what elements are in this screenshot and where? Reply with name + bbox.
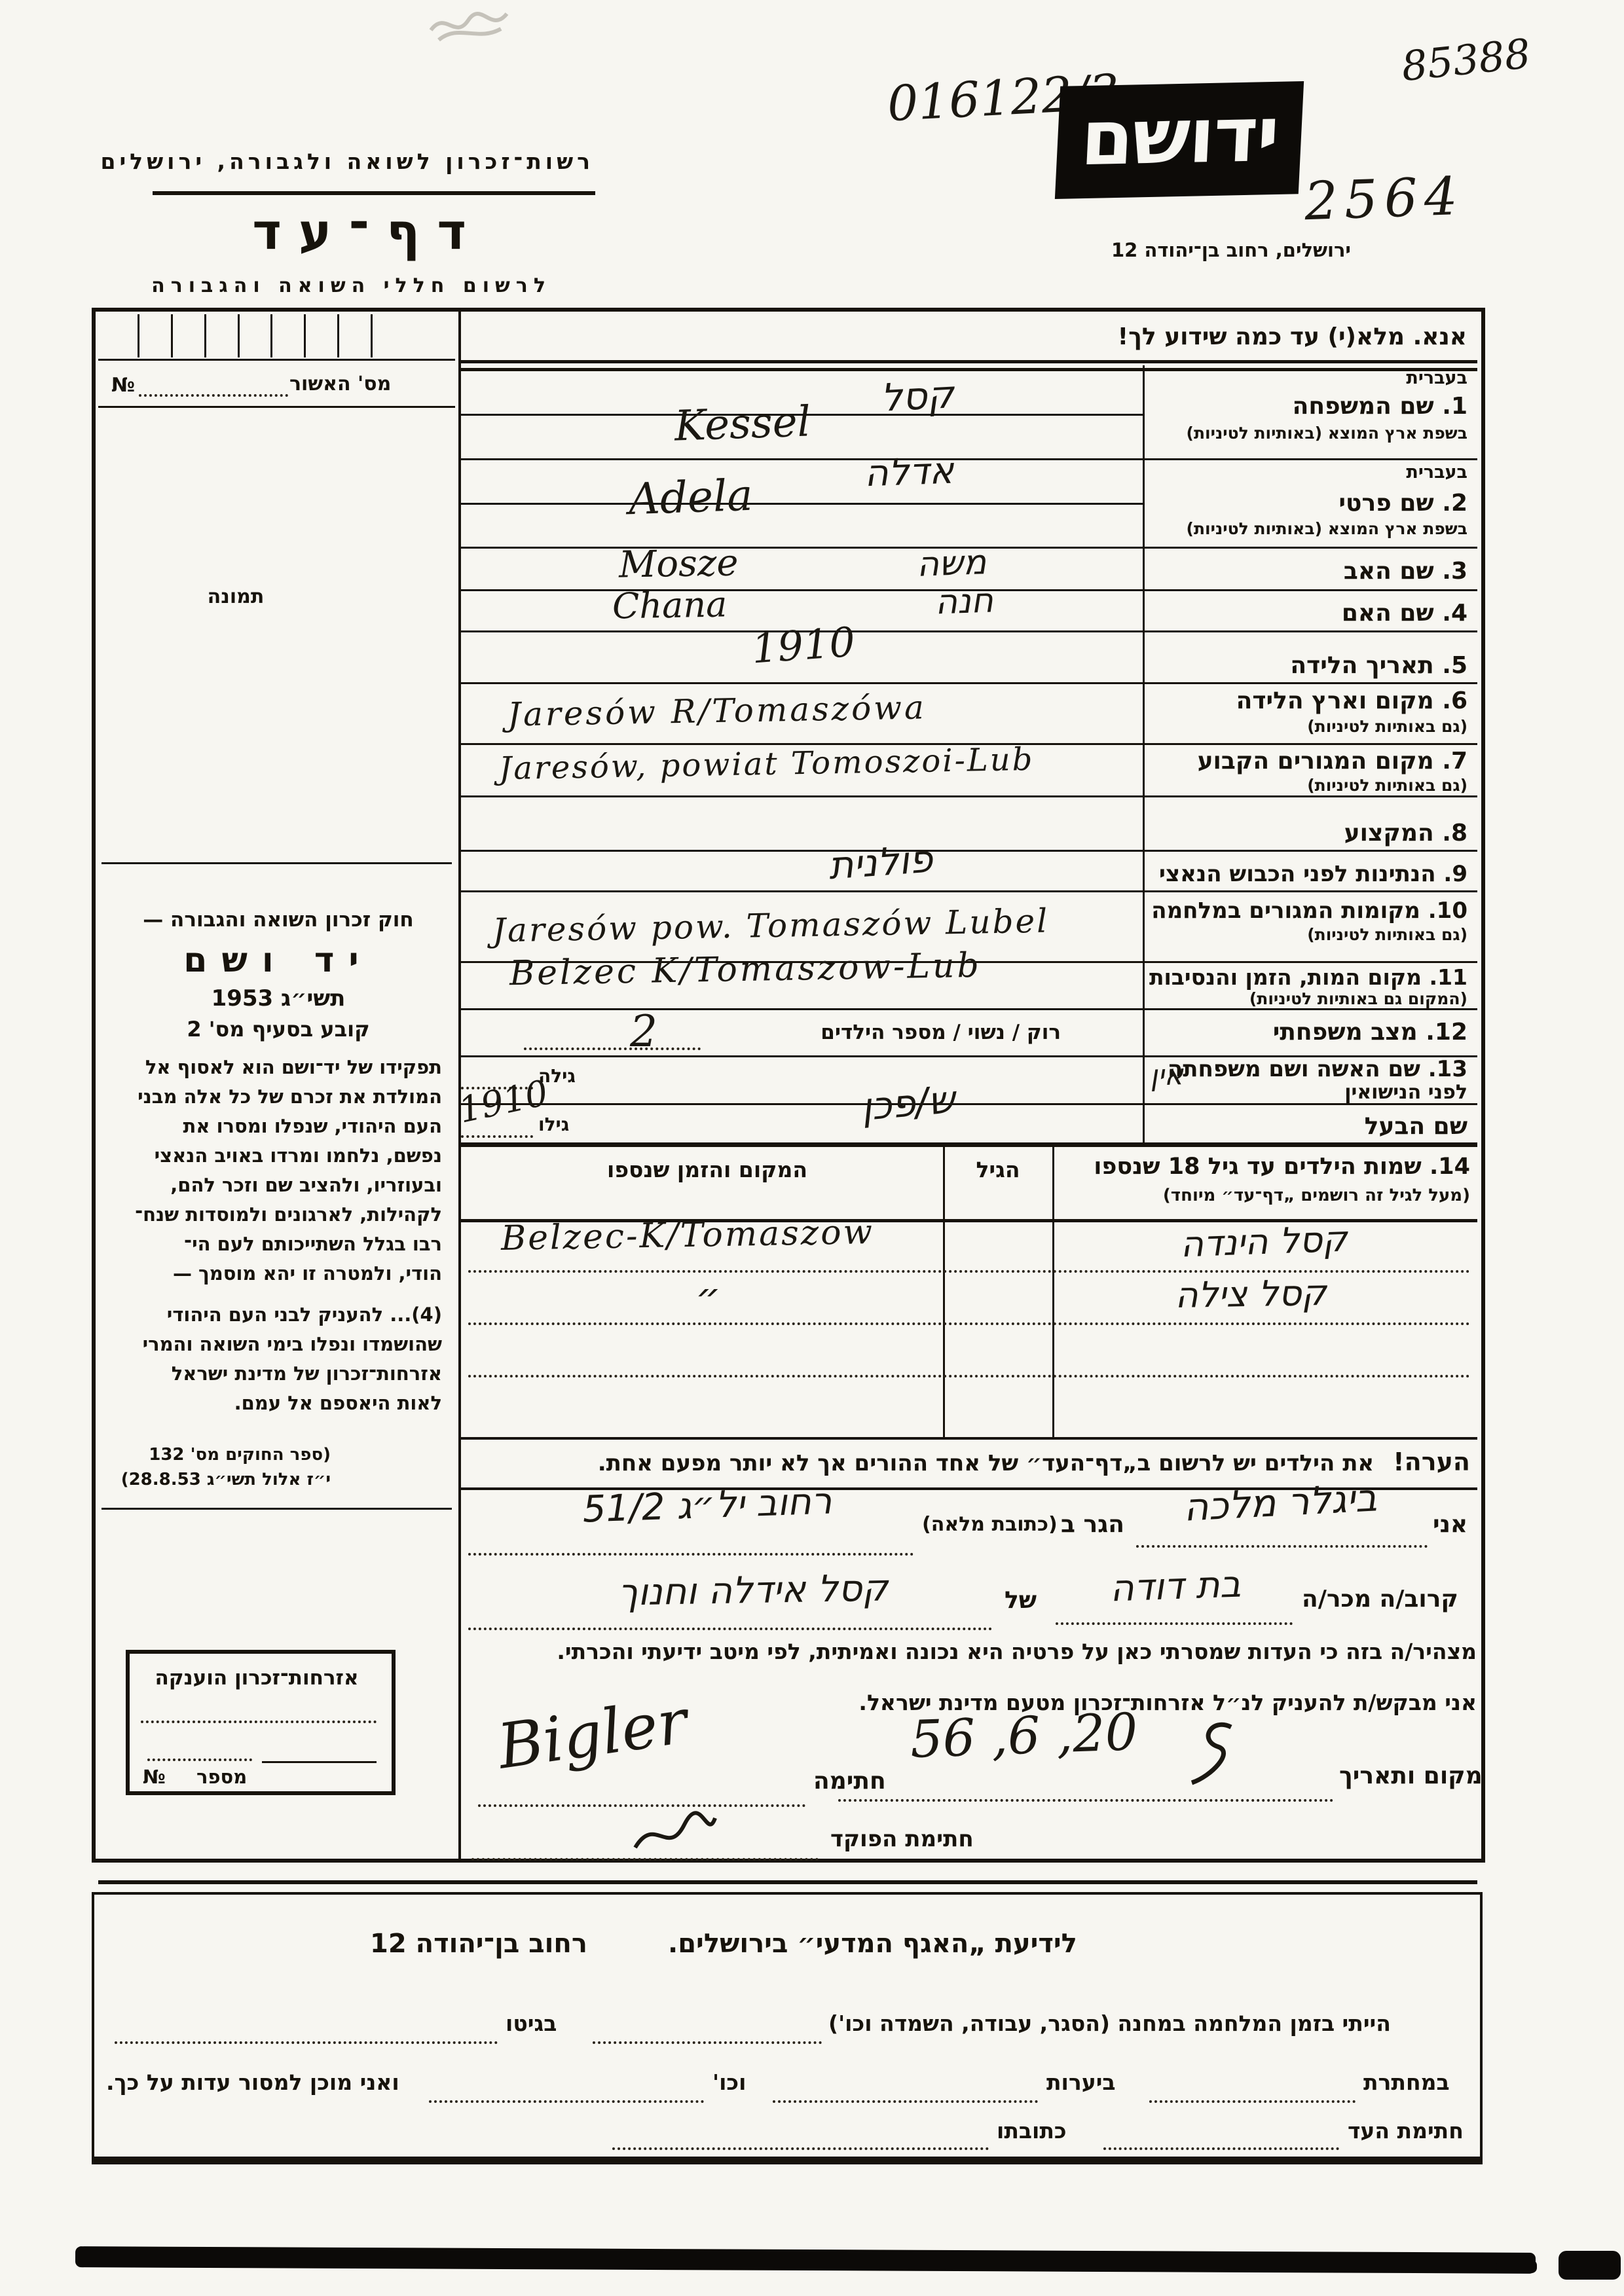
field-4-value-hebrew: חנה	[934, 581, 994, 623]
daf-ed-testimony-form: רשות־זכרון לשואה ולגבורה, ירושלים דף־עד …	[0, 0, 1624, 2296]
date-handwritten: 20, 6, 56	[910, 1704, 1139, 1770]
etc-blank	[429, 2100, 704, 2103]
form-title: דף־עד	[267, 203, 483, 260]
rule	[98, 1880, 1477, 1884]
field-1-lang-note: בעברית	[1149, 368, 1467, 388]
field-3-label: 3. שם האב	[1149, 558, 1467, 585]
field-10-label: 10. מקומות המגורים במלחמה	[1149, 898, 1467, 924]
field-1-value-hebrew: קסל	[879, 373, 955, 420]
camp-label: הייתי בזמן המלחמה במחנה (הסגר, עבודה, הש…	[828, 2011, 1391, 2036]
of-label: של	[1005, 1587, 1037, 1614]
declaration-i-label: אני	[1433, 1511, 1467, 1538]
attestation-text: מצהיר/ה בזה כי העדות שמסרתי כאן על פרטיה…	[445, 1639, 1477, 1664]
child-place-ditto: ״	[695, 1275, 721, 1321]
rule	[101, 1508, 452, 1510]
children-note: הערה! את הילדים יש לרשום ב„דף־העד״ של אח…	[465, 1448, 1470, 1477]
citizenship-number-sign: №	[143, 1766, 166, 1788]
rule	[458, 360, 1477, 363]
code-cells-strip	[106, 314, 404, 357]
note-head: הערה!	[1393, 1448, 1470, 1476]
field-11-sublabel: (המקום גם באותיות לטיניות)	[1149, 990, 1467, 1009]
place-date-label: מקום ותאריך	[1339, 1762, 1483, 1789]
law-line: לאות היאספם אל עמם.	[115, 1389, 442, 1418]
underground-blank	[1149, 2100, 1356, 2103]
field-2-label: 2. שם פרטי	[1149, 490, 1467, 517]
column-divider	[458, 308, 461, 1863]
law-year: תשי״ג 1953	[115, 986, 442, 1011]
husband-age-blank	[461, 1135, 533, 1138]
camp-blank	[593, 2041, 822, 2044]
law-line: רבו בגלל השתייכותם לעם הי־	[115, 1230, 442, 1259]
children-col-place-header: המקום והזמן שנספו	[498, 1157, 917, 1182]
approval-number-sign: №	[111, 374, 135, 397]
declarant-name-blank	[1136, 1545, 1428, 1548]
rule	[458, 1437, 1477, 1440]
child-name: קסל צילה	[1099, 1271, 1401, 1317]
field-1-value-latin: Kessel	[674, 398, 811, 451]
writing-line	[458, 503, 1143, 505]
memorial-citizenship-title: אזרחות־זכרון הוענקה	[131, 1667, 382, 1690]
marital-status-options: רוק / נשוי / מספר הילדים	[707, 1021, 1061, 1045]
row-divider	[458, 630, 1477, 632]
children-row-line	[468, 1375, 1470, 1377]
yad-vashem-logo-stamp: ידושם	[1055, 81, 1304, 199]
witness-address-label: כתובתו	[997, 2119, 1067, 2143]
field-2-value-latin: Adela	[628, 471, 754, 524]
law-reference: י״ז אלול תשי״ג 28.8.53)	[115, 1470, 331, 1490]
citizenship-blank	[147, 1758, 252, 1761]
law-clause: קובע בסעיף מס' 2	[115, 1017, 442, 1042]
yad-vashem-logo-text: ידושם	[1056, 90, 1303, 183]
law-name: יד ושם	[115, 941, 442, 981]
field-6-label: 6. מקום וארץ הלידה	[1149, 687, 1467, 714]
field-3-value-hebrew: משה	[916, 543, 987, 585]
field-13-label-2: לפני הנישואין	[1149, 1082, 1467, 1104]
field-10-sublabel: (גם באותיות לטיניות)	[1149, 926, 1467, 945]
law-line: תפקידו של יד־ושם הוא לאסוף אל	[115, 1053, 442, 1082]
place-scribble	[1172, 1714, 1244, 1786]
law-line: המולדת את זכרם של כל אלה מבני	[115, 1082, 442, 1112]
ghetto-label: בגיטו	[506, 2011, 557, 2036]
witness-signature-blank	[1103, 2147, 1339, 2150]
law-line: ‎...‎(4) להעניק לבני העם היהודי	[115, 1300, 442, 1330]
law-line: העם היהודי, שנפלו ומסרו את	[115, 1112, 442, 1141]
husband-name-value: ש/פכן	[859, 1078, 957, 1129]
children-header-sub: (מעל לגיל זה רושמים „דף־עד״ מיוחד)	[1058, 1186, 1470, 1206]
relation-handwritten: בת דודה	[1060, 1562, 1291, 1613]
label-column-divider	[1143, 365, 1145, 1144]
section-divider	[458, 1142, 1477, 1147]
ghetto-blank	[115, 2041, 498, 2044]
field-4-label: 4. שם האם	[1149, 600, 1467, 627]
child-place: Belzec-K/Tomaszow	[501, 1213, 875, 1259]
scan-smear-blob	[1559, 2251, 1621, 2280]
law-line: ובעוזריו, ולהציב שם וזכר להם,	[115, 1171, 442, 1200]
law-line: לקהילות, לארגונים ולמוסדות שנח־	[115, 1200, 442, 1230]
husband-age-label: גילו	[538, 1114, 569, 1135]
place-date-blank	[838, 1799, 1333, 1802]
footer-title-address: רחוב בן־יהודה 12	[370, 1929, 587, 1959]
rule	[98, 359, 455, 361]
law-line: אזרחות־זכרון של מדינת ישראל	[115, 1359, 442, 1389]
approval-number-blank	[139, 394, 288, 397]
scan-smear-blob	[1496, 2260, 1537, 2273]
field-8-label: 8. המקצוע	[1149, 820, 1467, 847]
field-1-sublabel: בשפת ארץ המוצא (באותיות לטיניות)	[1149, 424, 1467, 443]
children-count-blank	[524, 1048, 701, 1050]
approval-number-label: מס' האשור	[289, 373, 391, 396]
field-3-value-latin: Mosze	[618, 542, 739, 587]
underground-label: במחתרת	[1363, 2070, 1450, 2095]
etc-label: וכו'	[712, 2070, 746, 2095]
rule	[101, 862, 452, 864]
relation-label: קרוב/ה מכר/ה	[1302, 1586, 1458, 1613]
field-4-value-latin: Chana	[612, 584, 727, 627]
field-12-value: 2	[630, 1007, 657, 1057]
witness-signature-label: חתימת העד	[1348, 2119, 1464, 2143]
field-2-lang-note: בעברית	[1149, 462, 1467, 483]
scan-smear	[75, 2246, 1536, 2274]
children-col-divider	[943, 1144, 945, 1437]
field-2-sublabel: בשפת ארץ המוצא (באותיות לטיניות)	[1149, 520, 1467, 539]
row-divider	[458, 850, 1477, 852]
children-col-divider	[1052, 1144, 1054, 1437]
scan-artifact	[426, 4, 511, 45]
footer-title: לידיעת „האגף המדעי״ בירושלים.	[668, 1929, 1077, 1959]
rule	[153, 191, 595, 195]
citizenship-blank	[141, 1721, 377, 1723]
field-12-label: 12. מצב משפחתי	[1149, 1019, 1467, 1046]
row-divider	[458, 795, 1477, 797]
field-5-label: 5. תאריך הלידה	[1149, 652, 1467, 679]
rule	[98, 406, 455, 408]
field-2-value-hebrew: אדלה	[864, 450, 955, 496]
law-line: שהושמדו ונפלו בימי השואה והמרי	[115, 1330, 442, 1359]
photo-placeholder-label: תמונה	[183, 586, 288, 609]
form-subtitle: לרשום חללי השואה והגבורה	[190, 275, 551, 298]
law-intro: חוק זכרון השואה והגבורה —	[115, 909, 442, 932]
address-note-label: (כתובת מלאה)	[922, 1514, 1058, 1537]
field-9-label: 9. הנתינות לפני הכבוש הנאצי	[1149, 862, 1467, 887]
children-header: 14. שמות הילדים עד גיל 18 שנספו	[1058, 1154, 1470, 1180]
note-body: את הילדים יש לרשום ב„דף־העד״ של אחד ההור…	[598, 1450, 1374, 1476]
field-11-value: Belzec K/Tomaszow-Lub	[509, 947, 982, 994]
serial-number-handwritten: 85388	[1399, 30, 1533, 90]
stamp-number-handwritten: 2564	[1303, 166, 1465, 232]
subject-names-blank	[468, 1628, 992, 1630]
children-col-age-header: הגיל	[948, 1157, 1048, 1182]
office-address: ירושלים, רחוב בן־יהודה 12	[1074, 240, 1388, 261]
husband-name-label: שם הבעל	[1149, 1113, 1467, 1140]
field-13-label: 13. שם האשה ושם משפחתה	[1149, 1057, 1467, 1082]
resides-label: הגר ב	[1061, 1511, 1124, 1538]
subject-names-handwritten: קסל אידלה וחנוך	[517, 1566, 989, 1616]
signature-label: חתימה	[813, 1768, 886, 1795]
field-7-sublabel: (גם באותיות לטיניות)	[1149, 776, 1467, 795]
field-5-value: 1910	[750, 619, 857, 672]
field-9-value: פולנית	[827, 837, 934, 888]
relation-blank	[1056, 1622, 1293, 1625]
official-signature-scribble	[629, 1802, 720, 1861]
law-line: הודי, ולמטרה זו יהא מוסמך —	[115, 1259, 442, 1288]
field-7-label: 7. מקום המגורים הקבוע	[1149, 748, 1467, 774]
declarant-address-blank	[468, 1553, 913, 1556]
field-1-label: 1. שם המשפחה	[1149, 393, 1467, 420]
row-divider	[458, 682, 1477, 684]
field-13-value: אין	[1149, 1059, 1184, 1093]
field-11-label: 11. מקום המות, הזמן והנסיבות	[1149, 965, 1467, 990]
field-6-sublabel: (גם באותיות לטיניות)	[1149, 718, 1467, 737]
field-6-value: Jaresów R/Tomaszówa	[507, 689, 927, 734]
law-body: תפקידו של יד־ושם הוא לאסוף אל המולדת את …	[115, 1053, 442, 1418]
forests-blank	[773, 2100, 1038, 2103]
children-row-line	[468, 1322, 1470, 1325]
law-line: נפשם, נלחמו ומרדו באויב הנאצי	[115, 1141, 442, 1171]
row-divider	[458, 458, 1477, 460]
fill-instruction: אנא. מלא(י) עד כמה שידוע לך!	[851, 323, 1467, 350]
official-signature-label: חתימת הפוקד	[830, 1827, 974, 1852]
citizenship-number-label: מספר	[196, 1766, 247, 1788]
rule	[262, 1761, 377, 1763]
testify-label: ואני מוכן למסור עדות על כך.	[106, 2070, 399, 2095]
witness-address-blank	[612, 2147, 989, 2150]
authority-name: רשות־זכרון לשואה ולגבורה, ירושלים	[147, 149, 594, 174]
law-reference: (ספר החוקים מס' 132	[115, 1446, 331, 1465]
row-divider	[458, 890, 1477, 892]
forests-label: ביערות	[1046, 2070, 1116, 2095]
